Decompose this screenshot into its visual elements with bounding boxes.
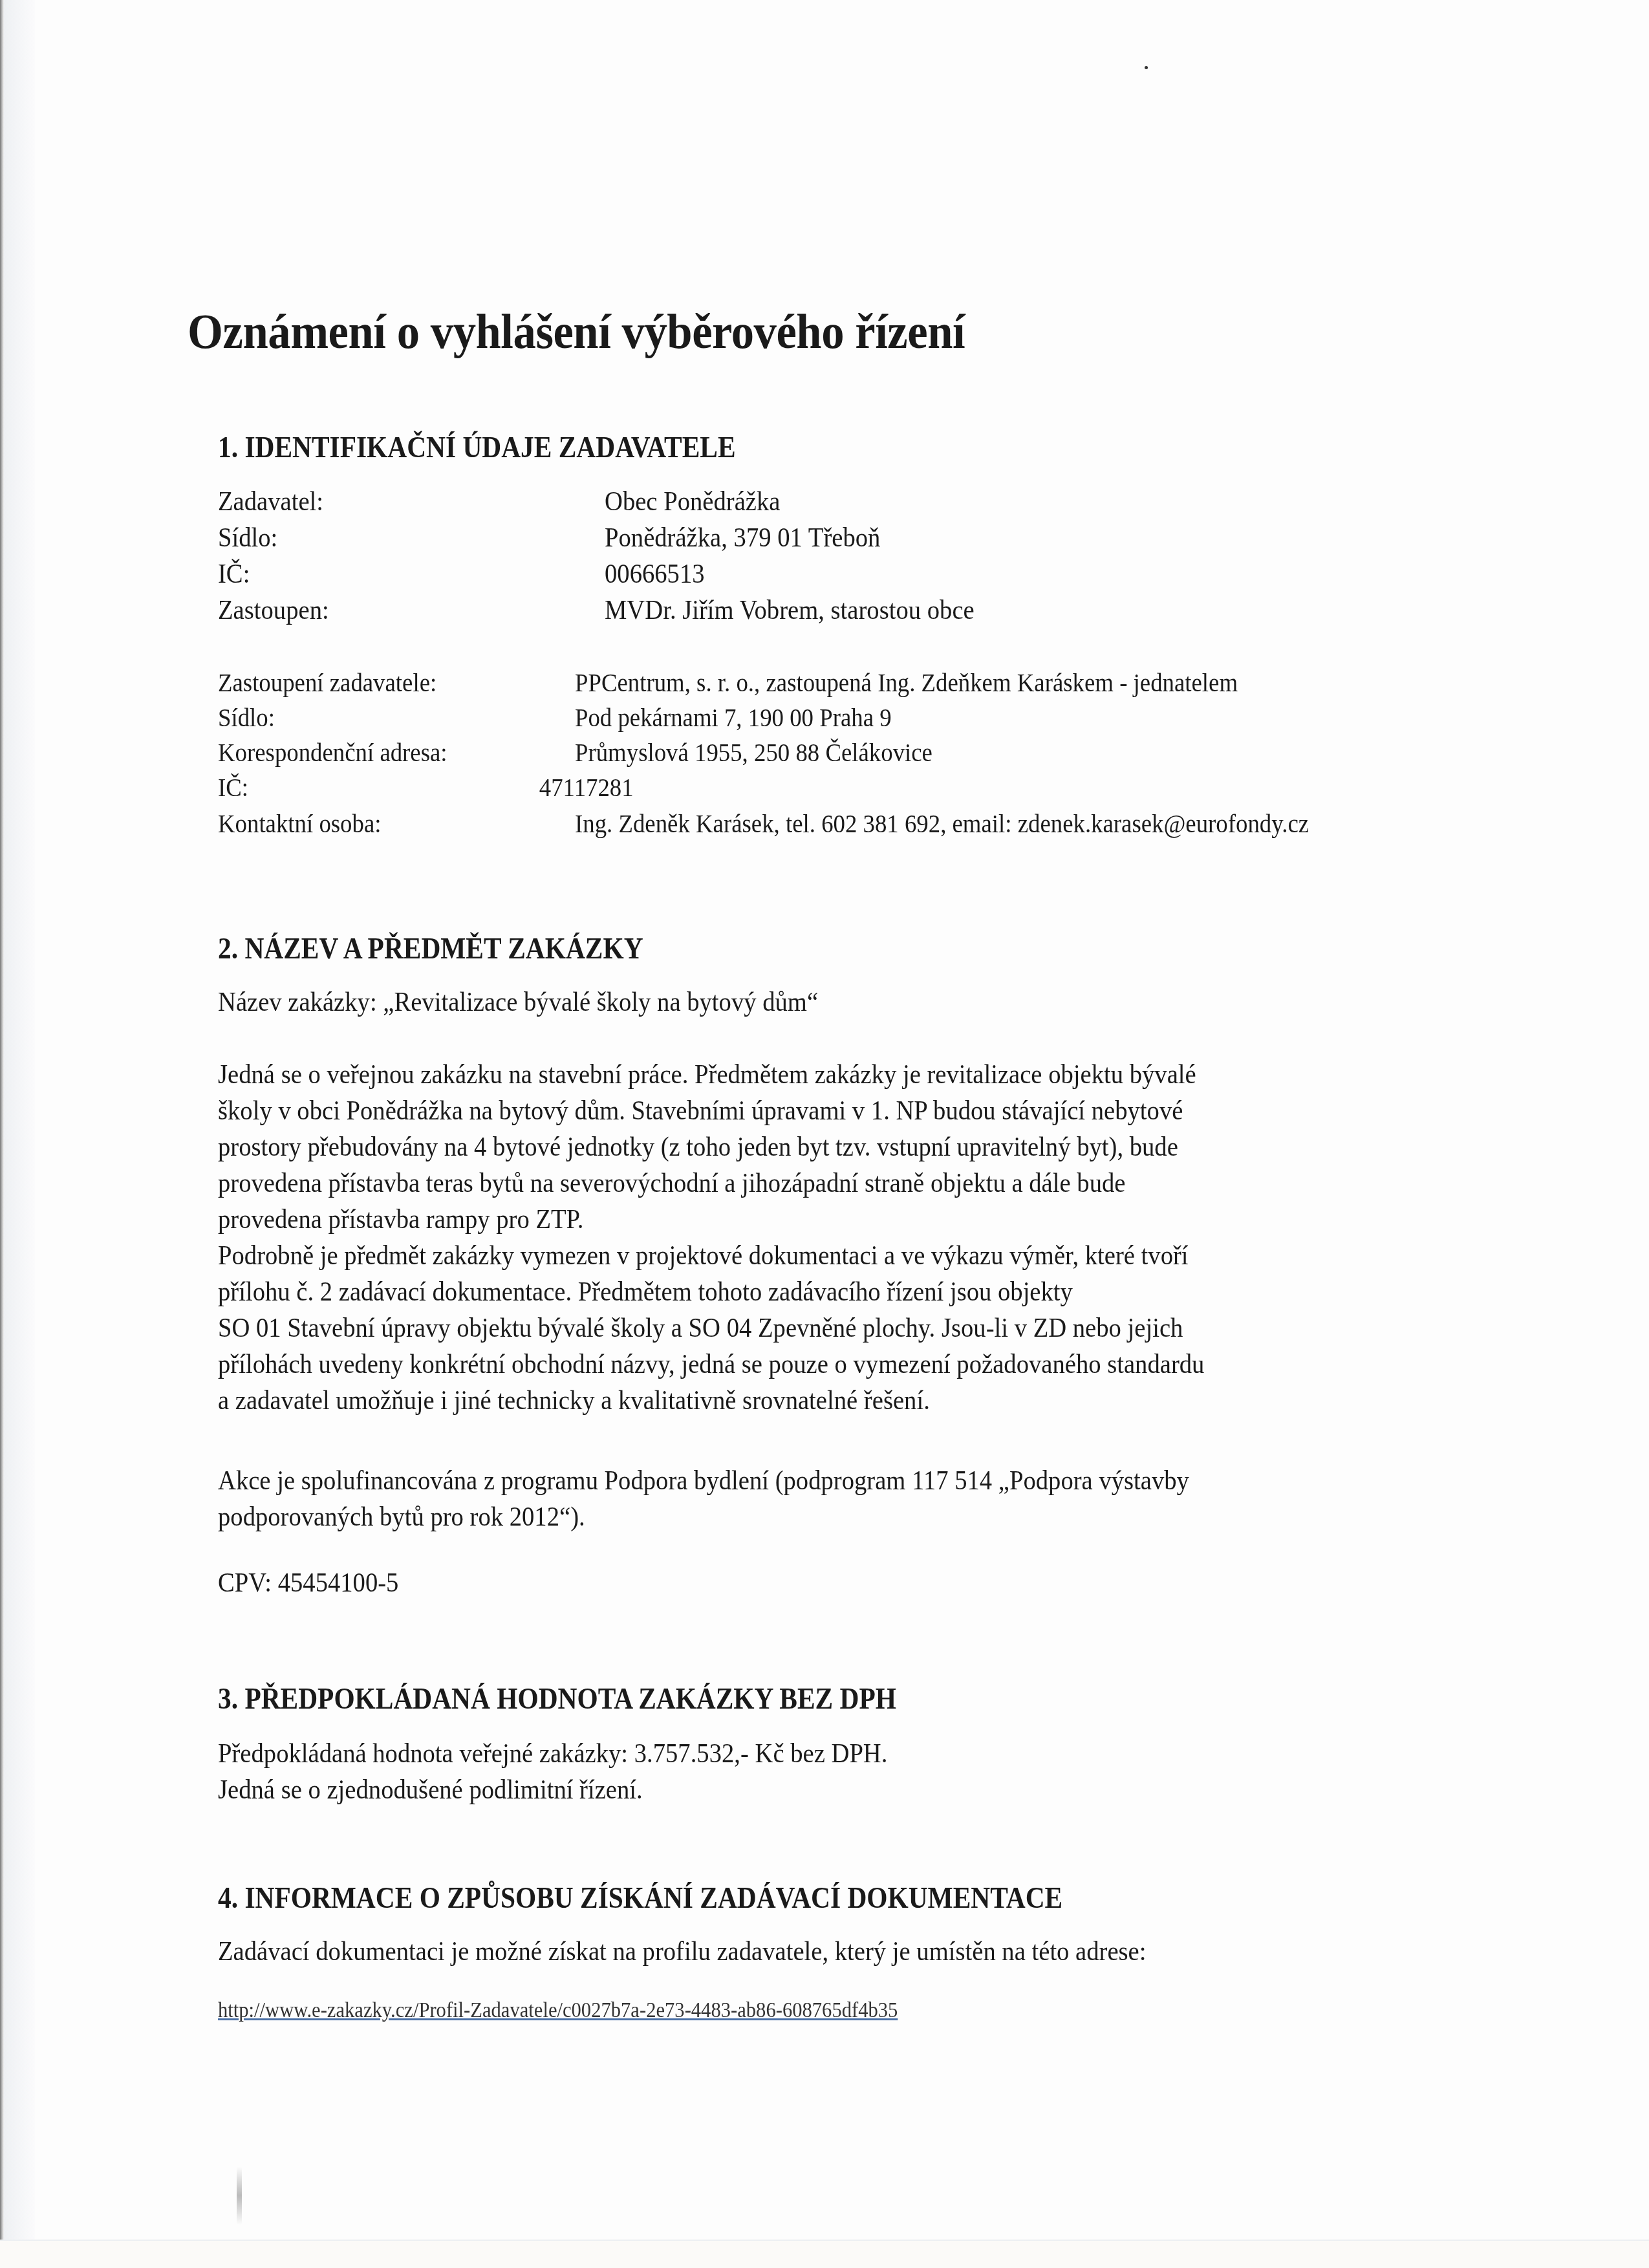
text-line: přílohách uvedeny konkrétní obchodní náz… bbox=[218, 1346, 1432, 1383]
field-value: Pod pekárnami 7, 190 00 Praha 9 bbox=[575, 702, 892, 733]
scan-bottom-edge bbox=[0, 2240, 1649, 2268]
field-label: Kontaktní osoba: bbox=[218, 808, 381, 839]
text-line: provedena přístavba rampy pro ZTP. bbox=[218, 1202, 1432, 1238]
scan-smudge bbox=[237, 2166, 242, 2225]
field-value: Obec Ponědrážka bbox=[605, 486, 780, 517]
section-2-heading: 2. NÁZEV A PŘEDMĚT ZAKÁZKY bbox=[218, 931, 643, 966]
documentation-info: Zadávací dokumentaci je možné získat na … bbox=[218, 1934, 1432, 1970]
text-line: Předpokládaná hodnota veřejné zakázky: 3… bbox=[218, 1736, 1432, 1772]
text-line: Jedná se o veřejnou zakázku na stavební … bbox=[218, 1057, 1432, 1093]
field-value: MVDr. Jiřím Vobrem, starostou obce bbox=[605, 595, 975, 626]
text-line: Podrobně je předmět zakázky vymezen v pr… bbox=[218, 1238, 1432, 1274]
field-label: IČ: bbox=[218, 772, 248, 803]
contract-name: Název zakázky: „Revitalizace bývalé škol… bbox=[218, 984, 1432, 1021]
field-value: 47117281 bbox=[539, 772, 634, 803]
text-line: SO 01 Stavební úpravy objektu bývalé ško… bbox=[218, 1310, 1432, 1346]
field-value: Ing. Zdeněk Karásek, tel. 602 381 692, e… bbox=[575, 808, 1309, 839]
field-value: 00666513 bbox=[605, 559, 705, 590]
text-line: prostory přebudovány na 4 bytové jednotk… bbox=[218, 1129, 1432, 1165]
field-label: IČ: bbox=[218, 559, 250, 590]
field-label: Zadavatel: bbox=[218, 486, 323, 517]
text-line: Akce je spolufinancována z programu Podp… bbox=[218, 1463, 1432, 1499]
text-line: provedena přístavba teras bytů na severo… bbox=[218, 1165, 1432, 1202]
cpv-code: CPV: 45454100-5 bbox=[218, 1565, 1432, 1601]
field-label: Zastoupení zadavatele: bbox=[218, 667, 436, 698]
estimated-value: Předpokládaná hodnota veřejné zakázky: 3… bbox=[218, 1736, 1432, 1808]
text-line: školy v obci Ponědrážka na bytový dům. S… bbox=[218, 1093, 1432, 1129]
section-4-heading: 4. INFORMACE O ZPŮSOBU ZÍSKÁNÍ ZADÁVACÍ … bbox=[218, 1881, 1062, 1915]
section-3-heading: 3. PŘEDPOKLÁDANÁ HODNOTA ZAKÁZKY BEZ DPH bbox=[218, 1681, 896, 1716]
text-line: a zadavatel umožňuje i jiné technicky a … bbox=[218, 1383, 1432, 1419]
section-1-heading: 1. IDENTIFIKAČNÍ ÚDAJE ZADAVATELE bbox=[218, 430, 736, 464]
field-label: Sídlo: bbox=[218, 523, 277, 554]
field-label: Zastoupen: bbox=[218, 595, 329, 626]
funding-info: Akce je spolufinancována z programu Podp… bbox=[218, 1463, 1432, 1535]
field-value: Ponědrážka, 379 01 Třeboň bbox=[605, 523, 880, 554]
field-label: Sídlo: bbox=[218, 702, 275, 733]
field-label: Korespondenční adresa: bbox=[218, 737, 447, 768]
scan-shadow bbox=[4, 0, 35, 2241]
contract-description: Jedná se o veřejnou zakázku na stavební … bbox=[218, 1057, 1432, 1419]
text-line: podporovaných bytů pro rok 2012“). bbox=[218, 1499, 1432, 1535]
text-line: přílohu č. 2 zadávací dokumentace. Předm… bbox=[218, 1274, 1432, 1310]
scan-speck bbox=[1145, 66, 1148, 69]
buyer-profile-link[interactable]: http://www.e-zakazky.cz/Profil-Zadavatel… bbox=[218, 1998, 898, 2023]
field-value: PPCentrum, s. r. o., zastoupená Ing. Zde… bbox=[575, 667, 1238, 698]
document-title: Oznámení o vyhlášení výběrového řízení bbox=[188, 304, 965, 360]
field-value: Průmyslová 1955, 250 88 Čelákovice bbox=[575, 737, 932, 768]
text-line: Jedná se o zjednodušené podlimitní řízen… bbox=[218, 1772, 1432, 1808]
